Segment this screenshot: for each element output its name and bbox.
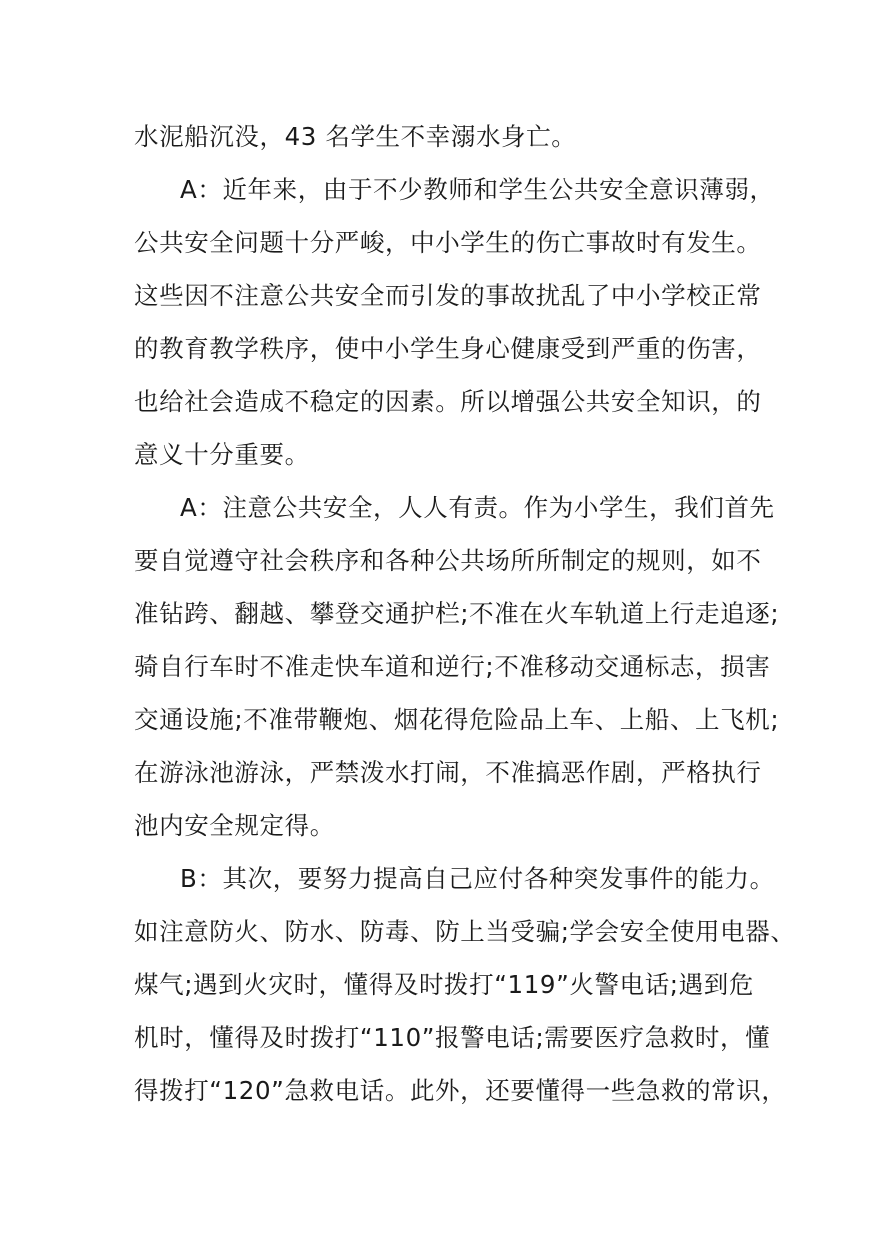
text-line: 如注意防火、防水、防毒、防上当受骗;学会安全使用电器、 [134, 912, 754, 952]
text-line: 机时，懂得及时拨打“110”报警电话;需要医疗急救时，懂 [134, 1018, 754, 1058]
text-line: 在游泳池游泳，严禁泼水打闹，不准搞恶作剧，严格执行 [134, 753, 754, 793]
document-page: 水泥船沉没，43 名学生不幸溺水身亡。 A：近年来，由于不少教师和学生公共安全意… [0, 0, 884, 1250]
text-line: B：其次，要努力提高自己应付各种突发事件的能力。 [180, 859, 800, 899]
text-line: 意义十分重要。 [134, 435, 754, 475]
text-line: 要自觉遵守社会秩序和各种公共场所所制定的规则，如不 [134, 541, 754, 581]
text-line: 公共安全问题十分严峻，中小学生的伤亡事故时有发生。 [134, 223, 754, 263]
text-line: 得拨打“120”急救电话。此外，还要懂得一些急救的常识， [134, 1071, 754, 1111]
text-line: 这些因不注意公共安全而引发的事故扰乱了中小学校正常 [134, 276, 754, 316]
text-line: 准钻跨、翻越、攀登交通护栏;不准在火车轨道上行走追逐; [134, 594, 754, 634]
text-line: 也给社会造成不稳定的因素。所以增强公共安全知识，的 [134, 382, 754, 422]
text-line: A：注意公共安全，人人有责。作为小学生，我们首先 [180, 488, 800, 528]
text-line: 池内安全规定得。 [134, 806, 754, 846]
text-line: 煤气;遇到火灾时，懂得及时拨打“119”火警电话;遇到危 [134, 965, 754, 1005]
text-line: 骑自行车时不准走快车道和逆行;不准移动交通标志，损害 [134, 647, 754, 687]
text-line: 交通设施;不准带鞭炮、烟花得危险品上车、上船、上飞机; [134, 700, 754, 740]
text-line: 的教育教学秩序，使中小学生身心健康受到严重的伤害， [134, 329, 754, 369]
text-line: A：近年来，由于不少教师和学生公共安全意识薄弱， [180, 170, 800, 210]
text-line: 水泥船沉没，43 名学生不幸溺水身亡。 [134, 117, 754, 157]
